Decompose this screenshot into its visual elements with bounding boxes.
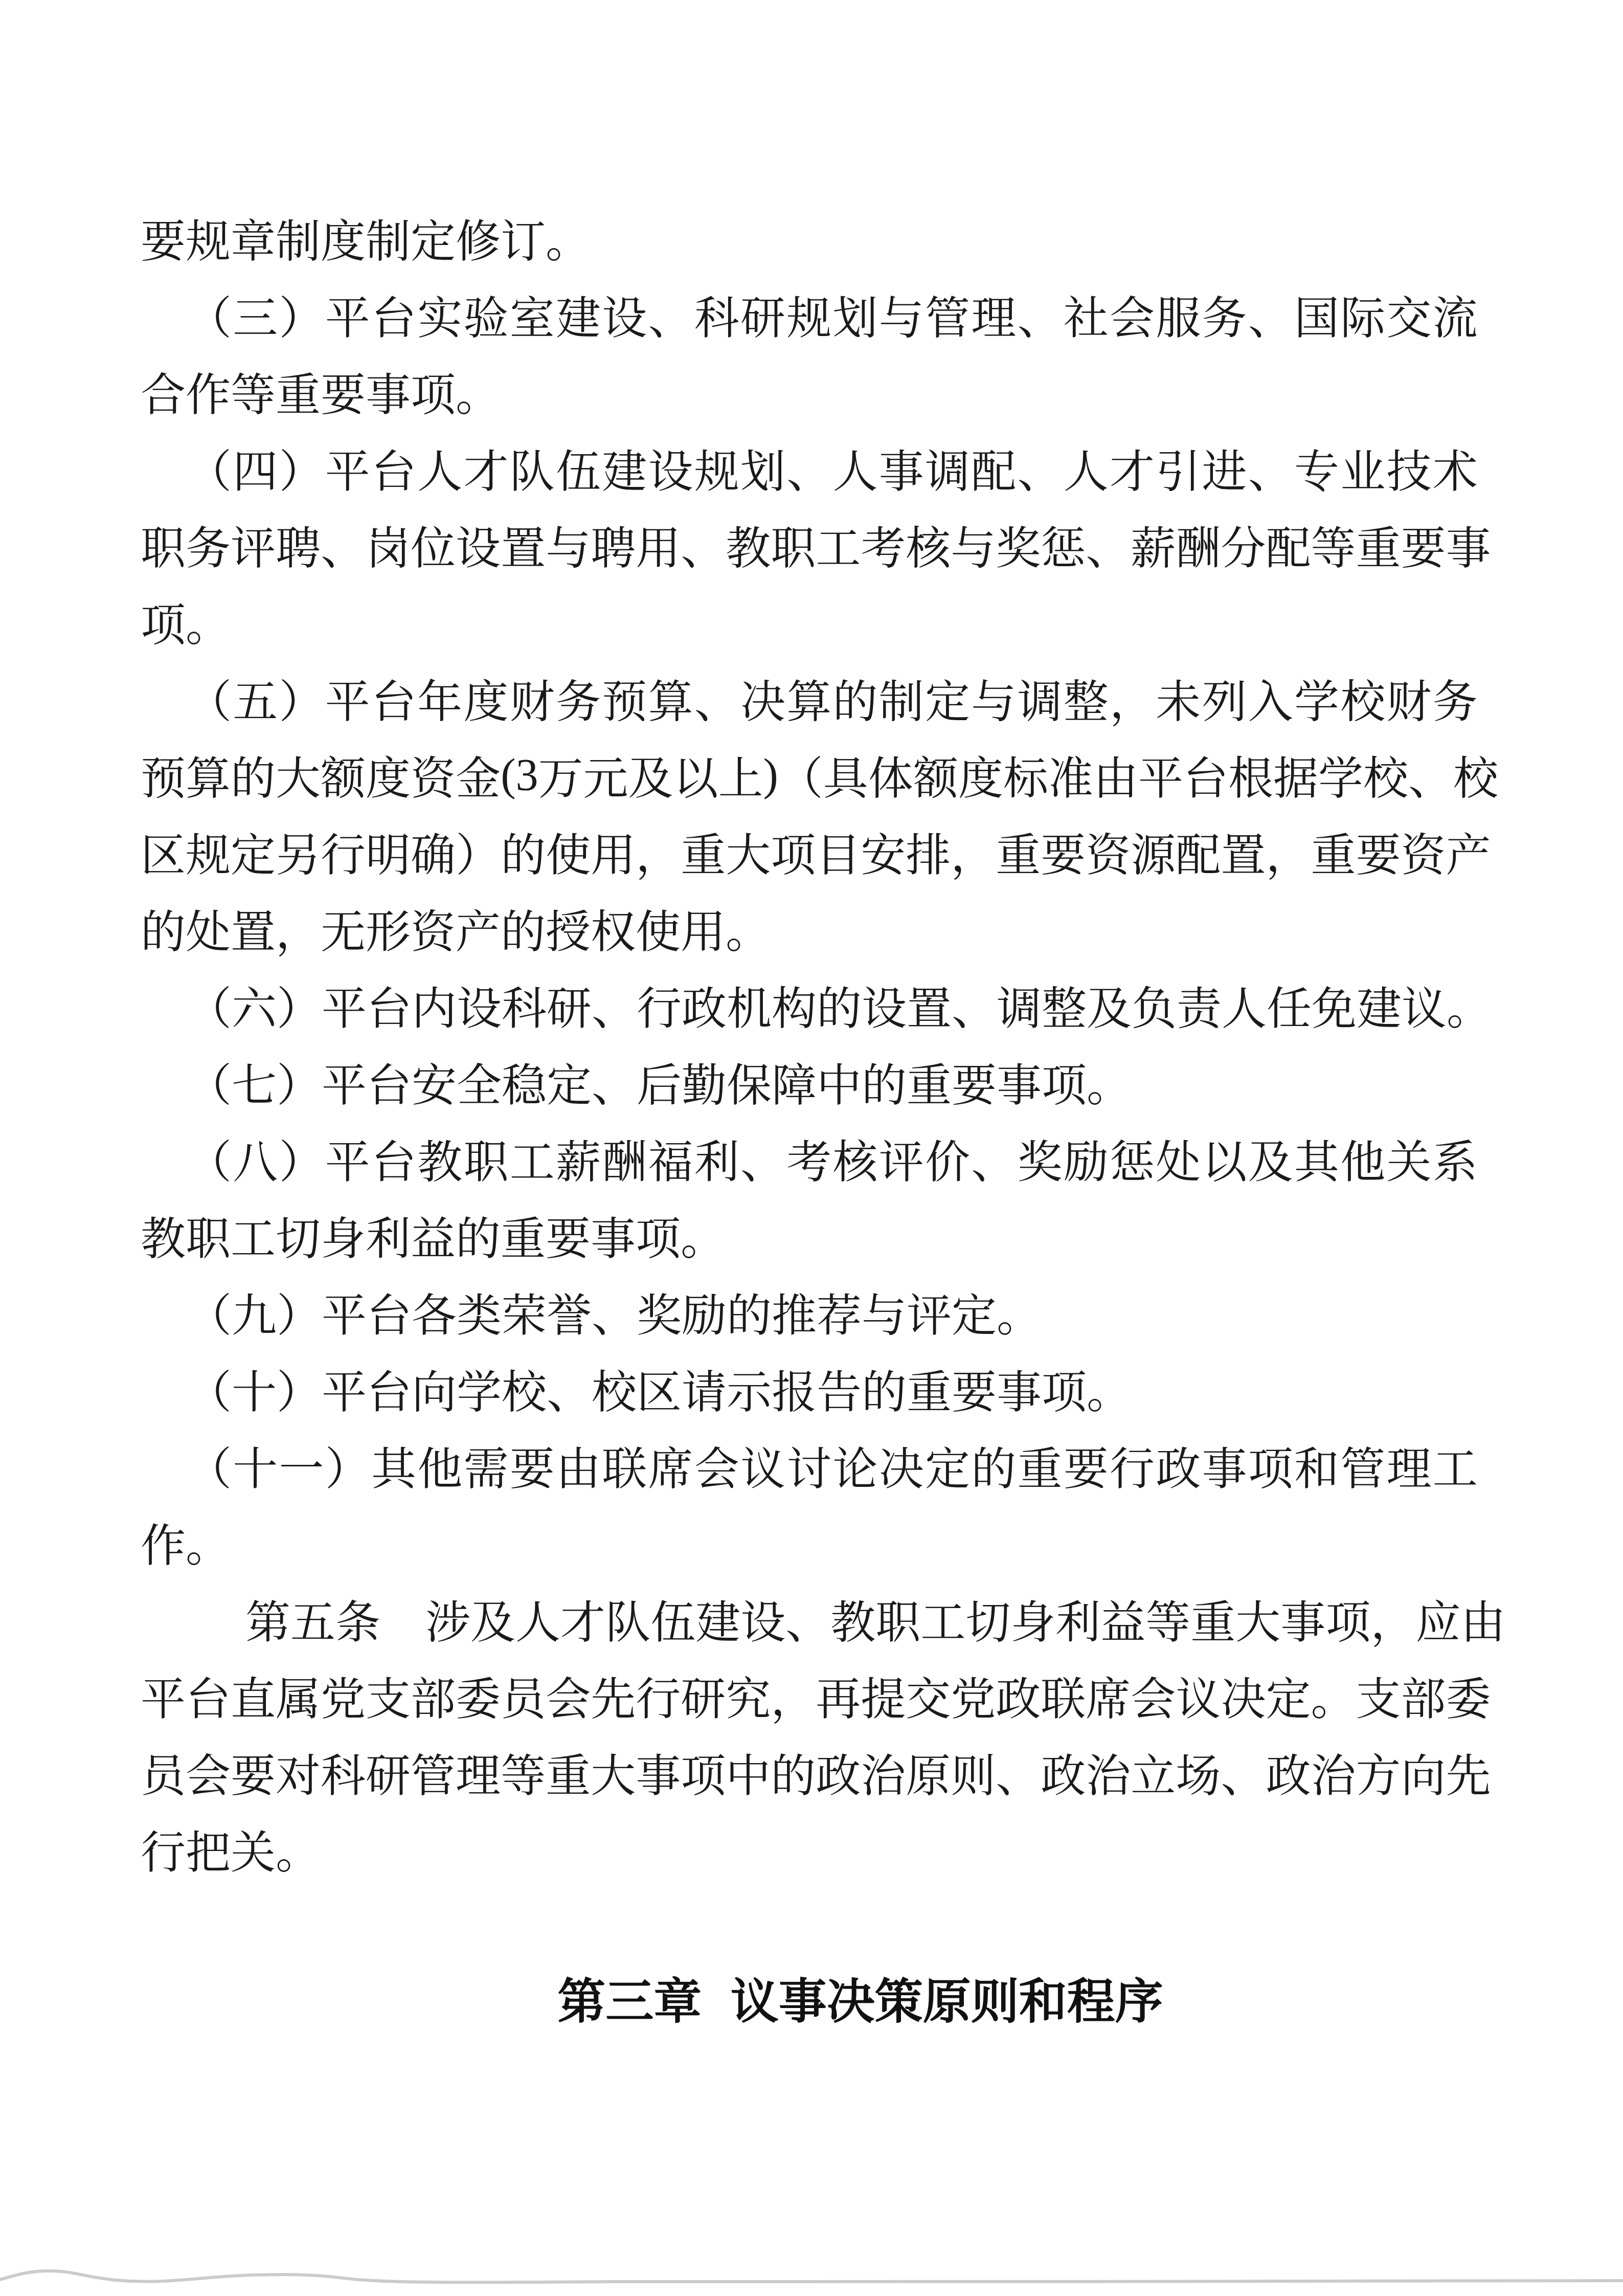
document-line: 作。 — [141, 1504, 1478, 1580]
document-line: （三）平台实验室建设、科研规划与管理、社会服务、国际交流 — [141, 276, 1478, 353]
scanned-document-page: 要规章制度制定修订。（三）平台实验室建设、科研规划与管理、社会服务、国际交流合作… — [0, 0, 1623, 2296]
document-line: 教职工切身利益的重要事项。 — [141, 1197, 1478, 1274]
document-line: 区规定另行明确）的使用，重大项目安排，重要资源配置，重要资产 — [141, 813, 1478, 890]
document-line: 的处置，无形资产的授权使用。 — [141, 890, 1478, 967]
document-line: 平台直属党支部委员会先行研究，再提交党政联席会议决定。支部委 — [141, 1657, 1478, 1734]
chapter-heading: 第三章 议事决策原则和程序 — [192, 1959, 1529, 2036]
document-line: （五）平台年度财务预算、决算的制定与调整，未列入学校财务 — [141, 660, 1478, 737]
document-line: 职务评聘、岗位设置与聘用、教职工考核与奖惩、薪酬分配等重要事 — [141, 506, 1478, 583]
document-line: （六）平台内设科研、行政机构的设置、调整及负责人任免建议。 — [141, 967, 1478, 1043]
document-line: （七）平台安全稳定、后勤保障中的重要事项。 — [141, 1043, 1478, 1120]
document-line: 项。 — [141, 583, 1478, 660]
scan-edge-line — [0, 2271, 1623, 2282]
document-line: （十）平台向学校、校区请示报告的重要事项。 — [141, 1350, 1478, 1427]
scan-edge-artifact — [0, 2255, 1623, 2296]
document-line: 员会要对科研管理等重大事项中的政治原则、政治立场、政治方向先 — [141, 1734, 1478, 1811]
document-line: （八）平台教职工薪酬福利、考核评价、奖励惩处以及其他关系 — [141, 1120, 1478, 1197]
document-line: 预算的大额度资金(3万元及以上)（具体额度标准由平台根据学校、校 — [141, 737, 1478, 813]
document-body: 要规章制度制定修订。（三）平台实验室建设、科研规划与管理、社会服务、国际交流合作… — [141, 199, 1478, 1887]
document-line: 第五条 涉及人才队伍建设、教职工切身利益等重大事项，应由 — [141, 1580, 1478, 1657]
document-line: 要规章制度制定修订。 — [141, 199, 1478, 276]
document-line: （九）平台各类荣誉、奖励的推荐与评定。 — [141, 1274, 1478, 1350]
document-line: 合作等重要事项。 — [141, 353, 1478, 430]
document-line: （十一）其他需要由联席会议讨论决定的重要行政事项和管理工 — [141, 1427, 1478, 1504]
document-line: 行把关。 — [141, 1811, 1478, 1887]
document-line: （四）平台人才队伍建设规划、人事调配、人才引进、专业技术 — [141, 430, 1478, 506]
